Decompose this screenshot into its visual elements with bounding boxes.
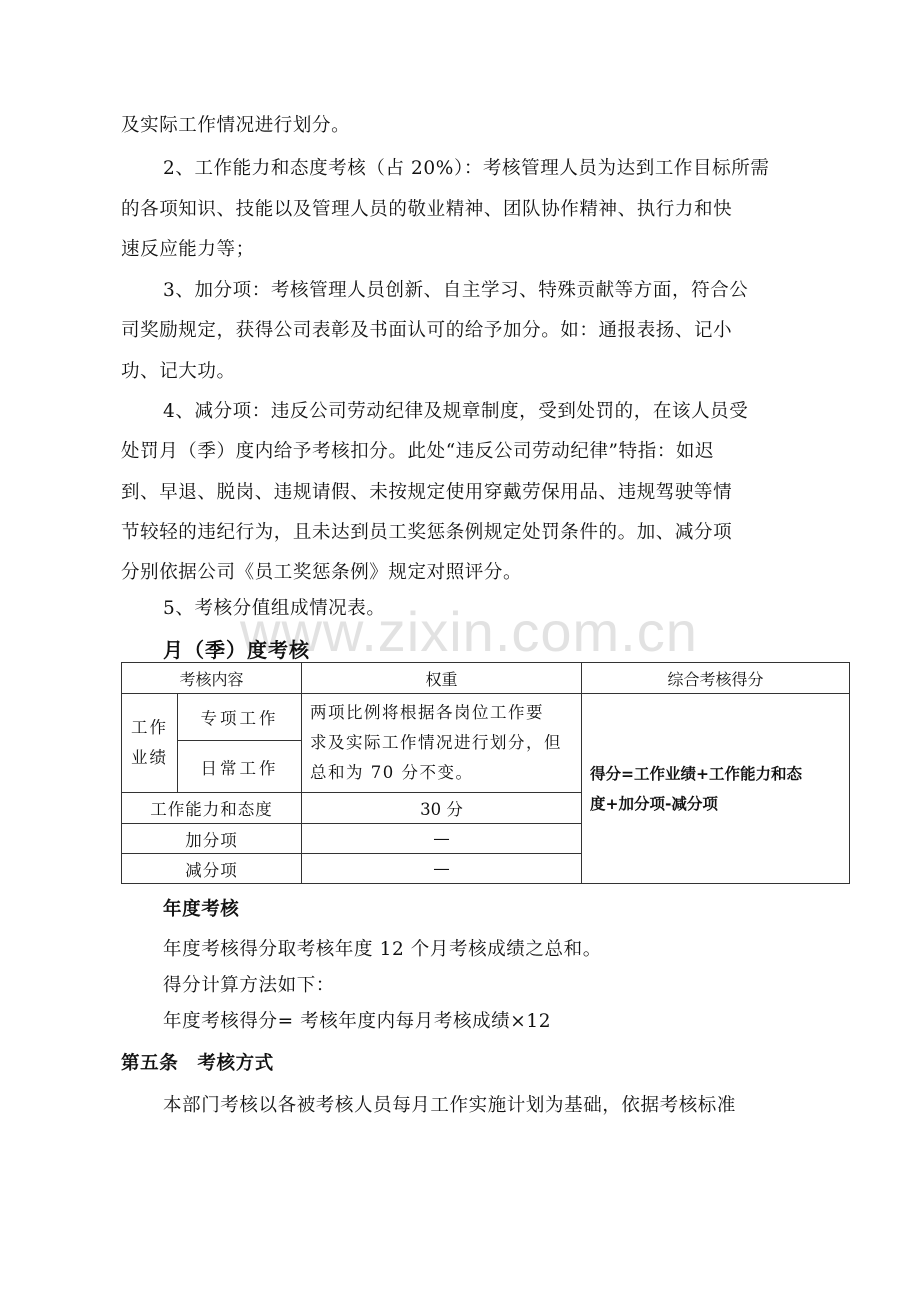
paragraph-line: 5、考核分值组成情况表。 (163, 597, 873, 621)
paragraph-line: 节较轻的违纪行为，且未达到员工奖惩条例规定处罚条件的。加、减分项 (121, 521, 831, 545)
weight-line: 两项比例将根据各岗位工作要 (310, 698, 577, 728)
score-formula: 得分=工作业绩+工作能力和态 度+加分项-减分项 (582, 694, 850, 884)
paragraph-line: 3、加分项：考核管理人员创新、自主学习、特殊贡献等方面，符合公 (163, 279, 873, 303)
paragraph-line: 功、记大功。 (121, 360, 831, 384)
item-daily-work: 日常工作 (178, 741, 302, 793)
paragraph-line: 速反应能力等； (121, 238, 831, 262)
header-content: 考核内容 (122, 663, 302, 694)
weight-line: 总和为 70 分不变。 (310, 758, 577, 788)
paragraph-line: 分别依据公司《员工奖惩条例》规定对照评分。 (121, 561, 831, 585)
weight-deduction: — (302, 854, 582, 884)
group-label-line: 业绩 (122, 743, 177, 773)
formula-line: 得分=工作业绩+工作能力和态 (590, 759, 849, 789)
paragraph-line: 处罚月（季）度内给予考核扣分。此处“违反公司劳动纪律”特指：如迟 (121, 440, 831, 464)
weight-line: 求及实际工作情况进行划分，但 (310, 728, 577, 758)
paragraph-line: 司奖励规定，获得公司表彰及书面认可的给予加分。如：通报表扬、记小 (121, 319, 831, 343)
item-ability-attitude: 工作能力和态度 (122, 793, 302, 824)
paragraph-line: 得分计算方法如下： (163, 974, 873, 998)
item-deduction: 减分项 (122, 854, 302, 884)
paragraph-line: 到、早退、脱岗、违规请假、未按规定使用穿戴劳保用品、违规驾驶等情 (121, 481, 831, 505)
annual-heading: 年度考核 (163, 898, 873, 922)
group-weight-description: 两项比例将根据各岗位工作要 求及实际工作情况进行划分，但 总和为 70 分不变。 (302, 694, 582, 793)
paragraph-line: 4、减分项：违反公司劳动纪律及规章制度，受到处罚的，在该人员受 (163, 400, 873, 424)
table-header-row: 考核内容 权重 综合考核得分 (122, 663, 850, 694)
paragraph-line: 的各项知识、技能以及管理人员的敬业精神、团队协作精神、执行力和快 (121, 198, 831, 222)
item-special-work: 专项工作 (178, 694, 302, 741)
article-heading: 第五条 考核方式 (121, 1052, 831, 1076)
monthly-score-table: 考核内容 权重 综合考核得分 工作 业绩 专项工作 两项比例将根据各岗位工作要 … (121, 662, 850, 884)
paragraph-line: 2、工作能力和态度考核（占 20%）：考核管理人员为达到工作目标所需 (163, 157, 873, 181)
item-bonus: 加分项 (122, 824, 302, 854)
formula-line: 度+加分项-减分项 (590, 789, 849, 819)
paragraph-line: 及实际工作情况进行划分。 (121, 114, 831, 138)
paragraph-line: 年度考核得分取考核年度 12 个月考核成绩之总和。 (163, 938, 873, 962)
paragraph-line: 年度考核得分= 考核年度内每月考核成绩×12 (163, 1010, 873, 1034)
weight-ability-attitude: 30 分 (302, 793, 582, 824)
header-weight: 权重 (302, 663, 582, 694)
weight-bonus: — (302, 824, 582, 854)
paragraph-line: 本部门考核以各被考核人员每月工作实施计划为基础，依据考核标准 (163, 1094, 873, 1118)
monthly-table-title: 月（季）度考核 (163, 634, 310, 663)
header-score: 综合考核得分 (582, 663, 850, 694)
group-label-work-performance: 工作 业绩 (122, 694, 178, 793)
group-label-line: 工作 (122, 713, 177, 743)
table-row: 工作 业绩 专项工作 两项比例将根据各岗位工作要 求及实际工作情况进行划分，但 … (122, 694, 850, 741)
